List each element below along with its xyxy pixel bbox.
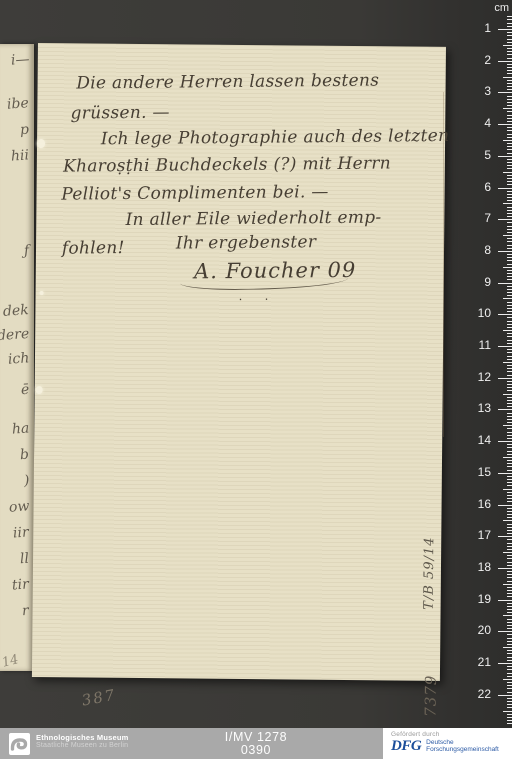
ruler-tick — [507, 676, 512, 677]
ruler-tick — [507, 321, 512, 322]
page-edge-fragment: ha — [11, 420, 29, 437]
ruler-cm-label: 7 — [484, 211, 491, 225]
ruler-cm-label: 19 — [478, 592, 491, 606]
ruler-tick — [507, 86, 512, 87]
letter-line: fohlen! — [62, 238, 125, 259]
ruler-tick — [507, 184, 512, 185]
letter-line: Die andere Herren lassen bestens — [76, 71, 379, 94]
ruler-tick — [498, 61, 512, 62]
ruler-cm-label: 18 — [478, 560, 491, 574]
ruler-tick — [507, 159, 512, 160]
ruler-tick — [507, 115, 512, 116]
ruler-tick — [507, 707, 512, 708]
handwritten-letter: Die andere Herren lassen bestens grüssen… — [32, 43, 446, 681]
ruler-tick — [507, 191, 512, 192]
museum-title-block: Ethnologisches Museum Staatliche Museen … — [36, 734, 129, 750]
ruler-tick — [507, 111, 512, 112]
ruler-tick — [507, 650, 512, 651]
ruler-cm-label: 11 — [479, 338, 491, 352]
ruler-tick — [507, 194, 512, 195]
ruler-tick — [507, 289, 512, 290]
ruler-tick — [507, 308, 512, 309]
ruler-tick — [507, 333, 512, 334]
ruler-tick — [498, 441, 512, 442]
ruler-tick — [507, 428, 512, 429]
ruler-tick — [503, 679, 512, 680]
museum-name: Ethnologisches Museum — [36, 734, 129, 742]
ruler-tick — [507, 146, 512, 147]
ruler-tick — [498, 314, 512, 315]
ruler-tick — [507, 606, 512, 607]
ruler-tick — [507, 324, 512, 325]
ruler-tick — [503, 394, 512, 395]
ruler-tick — [507, 58, 512, 59]
ruler-tick — [507, 80, 512, 81]
ruler: cm 12345678910111213141516171819202122 — [466, 0, 512, 728]
ruler-tick — [507, 175, 512, 176]
ruler-tick — [498, 124, 512, 125]
page-edge-fragment: iir — [13, 524, 30, 541]
ruler-tick — [507, 292, 512, 293]
ruler-tick — [498, 219, 512, 220]
ruler-tick — [507, 54, 512, 55]
ruler-tick — [507, 162, 512, 163]
ruler-cm-label: 15 — [478, 465, 491, 479]
archive-number-vertical: 7379 — [422, 675, 440, 717]
ruler-tick — [507, 232, 512, 233]
page-edge-fragment: ll — [19, 551, 29, 568]
ruler-tick — [507, 673, 512, 674]
signature-dots: · · — [238, 291, 277, 306]
funder-name: Deutsche Forschungsgemeinschaft — [426, 739, 499, 753]
ruler-tick — [507, 302, 512, 303]
ruler-tick — [507, 165, 512, 166]
page-edge-fragment: ƒ — [23, 243, 29, 259]
ruler-tick — [507, 229, 512, 230]
ruler-tick — [503, 425, 512, 426]
ruler-tick — [507, 210, 512, 211]
ruler-tick — [507, 327, 512, 328]
ruler-tick — [507, 451, 512, 452]
ruler-tick — [507, 216, 512, 217]
ruler-tick — [507, 517, 512, 518]
ruler-tick — [503, 552, 512, 553]
ruler-tick — [498, 695, 512, 696]
ruler-tick — [507, 685, 512, 686]
ruler-tick — [507, 463, 512, 464]
ruler-tick — [507, 435, 512, 436]
ruler-tick — [507, 365, 512, 366]
ruler-tick — [507, 305, 512, 306]
ruler-tick — [507, 168, 512, 169]
ruler-tick — [507, 533, 512, 534]
ruler-tick — [507, 593, 512, 594]
ruler-tick — [507, 26, 512, 27]
mat-board-edge — [443, 92, 444, 437]
ruler-tick — [507, 89, 512, 90]
ruler-tick — [507, 143, 512, 144]
ruler-tick — [507, 371, 512, 372]
letter-line: Kharoṣṭhi Buchdeckels (?) mit Herrn — [63, 153, 391, 176]
archive-code-vertical: T/B 59/14 — [422, 537, 438, 610]
ruler-tick — [507, 444, 512, 445]
page-edge-fragment: dek — [3, 302, 30, 320]
ruler-tick — [507, 546, 512, 547]
ruler-tick — [507, 368, 512, 369]
ruler-tick — [498, 631, 512, 632]
ruler-tick — [503, 203, 512, 204]
ruler-tick — [498, 92, 512, 93]
ruler-tick — [498, 29, 512, 30]
ruler-tick — [507, 70, 512, 71]
ruler-cm-label: 10 — [478, 306, 491, 320]
ruler-tick — [503, 457, 512, 458]
ruler-tick — [507, 99, 512, 100]
ruler-tick — [507, 102, 512, 103]
scan-viewport: 14 i—ibephiiƒdekdereichēhab)owiirlltirr … — [0, 0, 512, 759]
ruler-tick — [507, 83, 512, 84]
ruler-tick — [507, 492, 512, 493]
ruler-tick — [503, 584, 512, 585]
ruler-tick — [503, 647, 512, 648]
ruler-tick — [507, 416, 512, 417]
ruler-tick — [507, 295, 512, 296]
ruler-tick — [507, 153, 512, 154]
ruler-cm-label: 22 — [478, 687, 491, 701]
ruler-tick — [507, 495, 512, 496]
ruler-tick — [507, 222, 512, 223]
ruler-tick — [507, 562, 512, 563]
ruler-tick — [507, 356, 512, 357]
ruler-tick — [507, 447, 512, 448]
letter-page: Die andere Herren lassen bestens grüssen… — [32, 43, 446, 681]
inventory-block: I/MV 1278 0390 — [225, 731, 287, 757]
ruler-tick — [498, 346, 512, 347]
ruler-tick — [507, 207, 512, 208]
ruler-cm-label: 16 — [478, 497, 491, 511]
signature-flourish — [180, 272, 348, 291]
ruler-unit-label: cm — [494, 2, 509, 14]
ruler-tick — [507, 653, 512, 654]
ruler-cm-label: 14 — [478, 433, 491, 447]
ruler-tick — [507, 634, 512, 635]
ruler-cm-label: 3 — [484, 84, 491, 98]
ruler-tick — [507, 200, 512, 201]
page-edge-fragment: hii — [10, 147, 29, 164]
ruler-tick — [507, 406, 512, 407]
ruler-tick — [507, 476, 512, 477]
ruler-tick — [507, 530, 512, 531]
ruler-tick — [507, 625, 512, 626]
ruler-tick — [507, 336, 512, 337]
ruler-tick — [507, 73, 512, 74]
ruler-tick — [507, 48, 512, 49]
ruler-tick — [507, 19, 512, 20]
ruler-tick — [507, 701, 512, 702]
ruler-tick — [507, 197, 512, 198]
ruler-tick — [498, 188, 512, 189]
ruler-tick — [507, 270, 512, 271]
ruler-tick — [507, 390, 512, 391]
letter-line: Ich lege Photographie auch des letzten — [101, 126, 450, 149]
ruler-cm-label: 9 — [484, 275, 491, 289]
archive-pencil-number: 387 — [80, 686, 117, 710]
page-edge-fragment: i— — [10, 51, 30, 68]
page-edge-fragment: b — [19, 447, 29, 464]
ruler-tick — [507, 454, 512, 455]
ruler-tick — [507, 375, 512, 376]
ruler-tick — [507, 609, 512, 610]
ruler-tick — [507, 403, 512, 404]
ruler-tick — [507, 479, 512, 480]
funder-name-line1: Deutsche — [426, 739, 453, 746]
ruler-tick — [503, 45, 512, 46]
ruler-tick — [507, 485, 512, 486]
letter-closing: Ihr ergebenster — [176, 232, 317, 253]
ruler-tick — [498, 600, 512, 601]
ruler-tick — [503, 267, 512, 268]
ruler-tick — [507, 245, 512, 246]
ruler-tick — [507, 422, 512, 423]
letter-line: grüssen. — — [70, 103, 169, 124]
ruler-cm-label: 17 — [478, 528, 491, 542]
ruler-tick — [507, 571, 512, 572]
ruler-tick — [507, 558, 512, 559]
ruler-tick — [507, 276, 512, 277]
ruler-tick — [507, 260, 512, 261]
ruler-tick — [507, 264, 512, 265]
ruler-tick — [503, 172, 512, 173]
ruler-tick — [507, 438, 512, 439]
ruler-tick — [507, 612, 512, 613]
ruler-tick — [507, 130, 512, 131]
ruler-tick — [507, 596, 512, 597]
ruler-tick — [507, 714, 512, 715]
ruler-tick — [507, 311, 512, 312]
ruler-tick — [507, 565, 512, 566]
ruler-tick — [507, 349, 512, 350]
ruler-cm-label: 2 — [484, 53, 491, 67]
dfg-funding-block: Gefördert durch DFG Deutsche Forschungsg… — [383, 728, 512, 759]
ruler-tick — [507, 96, 512, 97]
funding-label: Gefördert durch — [391, 731, 512, 738]
ruler-tick — [507, 387, 512, 388]
ruler-tick — [507, 317, 512, 318]
ruler-tick — [507, 466, 512, 467]
strip-pencil-number: 14 — [0, 652, 20, 671]
ruler-tick — [498, 568, 512, 569]
page-edge-fragment: ibe — [7, 95, 30, 112]
ruler-tick — [507, 16, 512, 17]
ruler-tick — [503, 711, 512, 712]
ruler-tick — [503, 77, 512, 78]
ruler-tick — [507, 137, 512, 138]
ruler-tick — [507, 413, 512, 414]
ruler-tick — [507, 359, 512, 360]
ruler-tick — [507, 543, 512, 544]
funder-name-line2: Forschungsgemeinschaft — [426, 746, 499, 753]
ruler-tick — [507, 470, 512, 471]
ruler-tick — [507, 581, 512, 582]
page-edge-fragment: ē — [20, 382, 29, 399]
ruler-tick — [507, 698, 512, 699]
ruler-tick — [507, 692, 512, 693]
ruler-tick — [507, 178, 512, 179]
ruler-tick — [507, 35, 512, 36]
ruler-tick — [507, 343, 512, 344]
letter-line: In aller Eile wiederholt emp- — [125, 208, 381, 230]
ruler-tick — [507, 657, 512, 658]
ruler-tick — [507, 619, 512, 620]
ruler-tick — [507, 644, 512, 645]
ruler-tick — [507, 590, 512, 591]
ruler-tick — [507, 682, 512, 683]
ruler-tick — [507, 460, 512, 461]
ruler-tick — [507, 508, 512, 509]
ruler-tick — [507, 524, 512, 525]
ruler-tick — [507, 587, 512, 588]
ruler-tick — [507, 254, 512, 255]
ruler-tick — [507, 279, 512, 280]
ruler-tick — [507, 381, 512, 382]
museum-subtitle: Staatliche Museen zu Berlin — [36, 742, 129, 750]
ruler-tick — [503, 615, 512, 616]
smb-logo-icon — [9, 733, 30, 755]
ruler-cm-label: 12 — [478, 370, 491, 384]
ruler-tick — [507, 213, 512, 214]
ruler-tick — [507, 638, 512, 639]
page-edge-fragment: ow — [8, 498, 29, 515]
ruler-cm-label: 6 — [484, 180, 491, 194]
ruler-tick — [507, 641, 512, 642]
page-edge-fragment: ich — [7, 350, 29, 367]
ruler-tick — [507, 257, 512, 258]
ruler-tick — [507, 67, 512, 68]
ruler-cm-label: 13 — [478, 401, 491, 415]
ruler-tick — [507, 181, 512, 182]
ruler-tick — [507, 539, 512, 540]
ruler-tick — [507, 64, 512, 65]
footer-bar: Ethnologisches Museum Staatliche Museen … — [0, 728, 512, 759]
ruler-tick — [503, 520, 512, 521]
letter-line: Pelliot's Complimenten bei. — — [61, 182, 328, 205]
ruler-tick — [507, 32, 512, 33]
ruler-tick — [498, 473, 512, 474]
ruler-tick — [507, 121, 512, 122]
ruler-tick — [507, 51, 512, 52]
ruler-tick — [498, 251, 512, 252]
ruler-tick — [498, 505, 512, 506]
ruler-tick — [507, 419, 512, 420]
ruler-tick — [507, 574, 512, 575]
ruler-tick — [507, 511, 512, 512]
ruler-tick — [507, 527, 512, 528]
ruler-tick — [507, 23, 512, 24]
ruler-tick — [503, 140, 512, 141]
ruler-tick — [507, 720, 512, 721]
ruler-tick — [507, 577, 512, 578]
ruler-tick — [507, 603, 512, 604]
ruler-tick — [507, 149, 512, 150]
page-edge-fragment: tir — [12, 576, 30, 593]
ruler-tick — [507, 127, 512, 128]
ruler-tick — [507, 397, 512, 398]
ruler-cm-label: 21 — [478, 655, 491, 669]
page-edge-fragment: dere — [0, 326, 30, 344]
ruler-tick — [507, 622, 512, 623]
ruler-tick — [503, 108, 512, 109]
ruler-tick — [498, 409, 512, 410]
ruler-tick — [507, 628, 512, 629]
ruler-cm-label: 1 — [484, 21, 491, 35]
ruler-tick — [503, 235, 512, 236]
ruler-cm-label: 5 — [484, 148, 491, 162]
ruler-tick — [498, 156, 512, 157]
ruler-tick — [507, 514, 512, 515]
left-page-strip: 14 i—ibephiiƒdekdereichēhab)owiirlltirr — [0, 44, 34, 671]
ruler-cm-label: 4 — [484, 116, 491, 130]
ruler-tick — [507, 248, 512, 249]
ruler-tick — [507, 704, 512, 705]
ruler-tick — [498, 378, 512, 379]
ruler-tick — [507, 238, 512, 239]
ruler-tick — [507, 105, 512, 106]
ruler-cm-label: 20 — [478, 623, 491, 637]
page-number: 0390 — [225, 744, 287, 757]
ruler-tick — [507, 432, 512, 433]
ruler-tick — [507, 482, 512, 483]
ruler-tick — [498, 663, 512, 664]
ruler-tick — [507, 660, 512, 661]
ruler-tick — [498, 536, 512, 537]
ruler-tick — [503, 298, 512, 299]
ruler-tick — [503, 489, 512, 490]
ruler-tick — [507, 384, 512, 385]
ruler-tick — [507, 669, 512, 670]
dfg-logo: DFG — [391, 739, 421, 753]
ruler-tick — [503, 330, 512, 331]
ruler-tick — [507, 286, 512, 287]
ruler-tick — [507, 498, 512, 499]
ruler-tick — [507, 273, 512, 274]
ruler-tick — [507, 118, 512, 119]
ruler-tick — [507, 226, 512, 227]
ruler-tick — [507, 723, 512, 724]
ruler-tick — [507, 134, 512, 135]
ruler-tick — [507, 501, 512, 502]
ruler-tick — [503, 362, 512, 363]
ruler-tick — [498, 283, 512, 284]
ruler-tick — [507, 340, 512, 341]
ruler-tick — [507, 241, 512, 242]
ruler-tick — [507, 42, 512, 43]
ruler-tick — [507, 400, 512, 401]
ruler-tick — [507, 688, 512, 689]
ruler-tick — [507, 549, 512, 550]
ruler-tick — [507, 717, 512, 718]
page-edge-fragment: ) — [23, 473, 30, 489]
page-edge-fragment: r — [22, 603, 30, 619]
ruler-cm-label: 8 — [484, 243, 491, 257]
page-edge-fragment: p — [19, 122, 29, 139]
ruler-tick — [507, 555, 512, 556]
ruler-tick — [507, 352, 512, 353]
ruler-tick — [507, 39, 512, 40]
ruler-tick — [507, 666, 512, 667]
